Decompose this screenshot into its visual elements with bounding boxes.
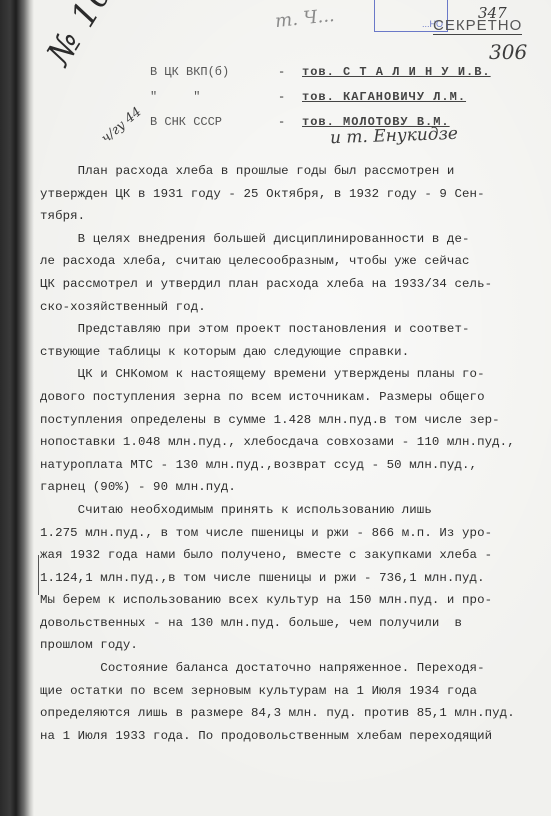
handwritten-cc-note: и т. Енукидзе — [330, 124, 459, 148]
memo-line: В целях внедрения большей дисциплинирова… — [40, 228, 548, 251]
memo-line: натуроплата МТС - 130 млн.пуд.,возврат с… — [40, 454, 548, 477]
addressee-dash: - — [278, 110, 302, 135]
memo-line: 1.275 млн.пуд., в том числе пшеницы и рж… — [40, 522, 548, 545]
memo-line: дового поступления зерна по всем источни… — [40, 386, 548, 409]
handwritten-page-number: 306 — [489, 40, 527, 64]
memo-line: щие остатки по всем зерновым культурам н… — [40, 680, 548, 703]
memo-line: поступления определены в сумме 1.428 млн… — [40, 409, 548, 432]
addressee-name: тов. КАГАНОВИЧУ Л.М. — [302, 85, 466, 110]
memo-line: нопоставки 1.048 млн.пуд., хлебосдача со… — [40, 431, 548, 454]
addressee-org: В СНК СССР — [150, 110, 278, 135]
document-number: № 1039 — [39, 0, 145, 72]
memo-line: Мы берем к использованию всех культур на… — [40, 589, 548, 612]
memo-line: тября. — [40, 205, 548, 228]
memo-line: ствующие таблицы к которым даю следующие… — [40, 341, 548, 364]
addressee-name: тов. С Т А Л И Н У И.В. — [302, 60, 491, 85]
handwritten-sub-note: ч/гу 44 — [99, 105, 145, 147]
memo-line: 1.124,1 млн.пуд.,в том числе пшеницы и р… — [40, 567, 548, 590]
document-page: ...НО т. Ч... 347 СЕКРЕТНО 306 № 10392с … — [0, 0, 551, 816]
memo-line: жая 1932 года нами было получено, вместе… — [40, 544, 548, 567]
handwritten-top-note: т. Ч... — [274, 5, 335, 32]
memo-line: довольственных - на 130 млн.пуд. больше,… — [40, 612, 548, 635]
classification-label: СЕКРЕТНО — [433, 17, 522, 35]
memo-line: ЦК рассмотрел и утвердил план расхода хл… — [40, 273, 548, 296]
memo-line: гарнец (90%) - 90 млн.пуд. — [40, 476, 548, 499]
memo-line: ско-хозяйственный год. — [40, 296, 548, 319]
memo-line: прошлом году. — [40, 634, 548, 657]
memo-line: ле расхода хлеба, считаю целесообразным,… — [40, 250, 548, 273]
addressee-org: " " — [150, 85, 278, 110]
memo-line: утвержден ЦК в 1931 году - 25 Октября, в… — [40, 183, 548, 206]
binding-edge — [0, 0, 34, 816]
memo-body: План расхода хлеба в прошлые годы был ра… — [40, 160, 548, 747]
addressee-row: В ЦК ВКП(б) - тов. С Т А Л И Н У И.В. — [150, 60, 491, 85]
memo-line: ЦК и СНКомом к настоящему времени утверж… — [40, 363, 548, 386]
memo-line: Считаю необходимым принять к использован… — [40, 499, 548, 522]
memo-line: определяются лишь в размере 84,3 млн. пу… — [40, 702, 548, 725]
memo-line: на 1 Июля 1933 года. По продовольственны… — [40, 725, 548, 748]
memo-line: Состояние баланса достаточно напряженное… — [40, 657, 548, 680]
memo-line: Представляю при этом проект постановлени… — [40, 318, 548, 341]
addressee-dash: - — [278, 60, 302, 85]
addressee-dash: - — [278, 85, 302, 110]
addressee-org: В ЦК ВКП(б) — [150, 60, 278, 85]
addressee-row: " " - тов. КАГАНОВИЧУ Л.М. — [150, 85, 491, 110]
margin-mark — [38, 555, 39, 595]
memo-line: План расхода хлеба в прошлые годы был ра… — [40, 160, 548, 183]
